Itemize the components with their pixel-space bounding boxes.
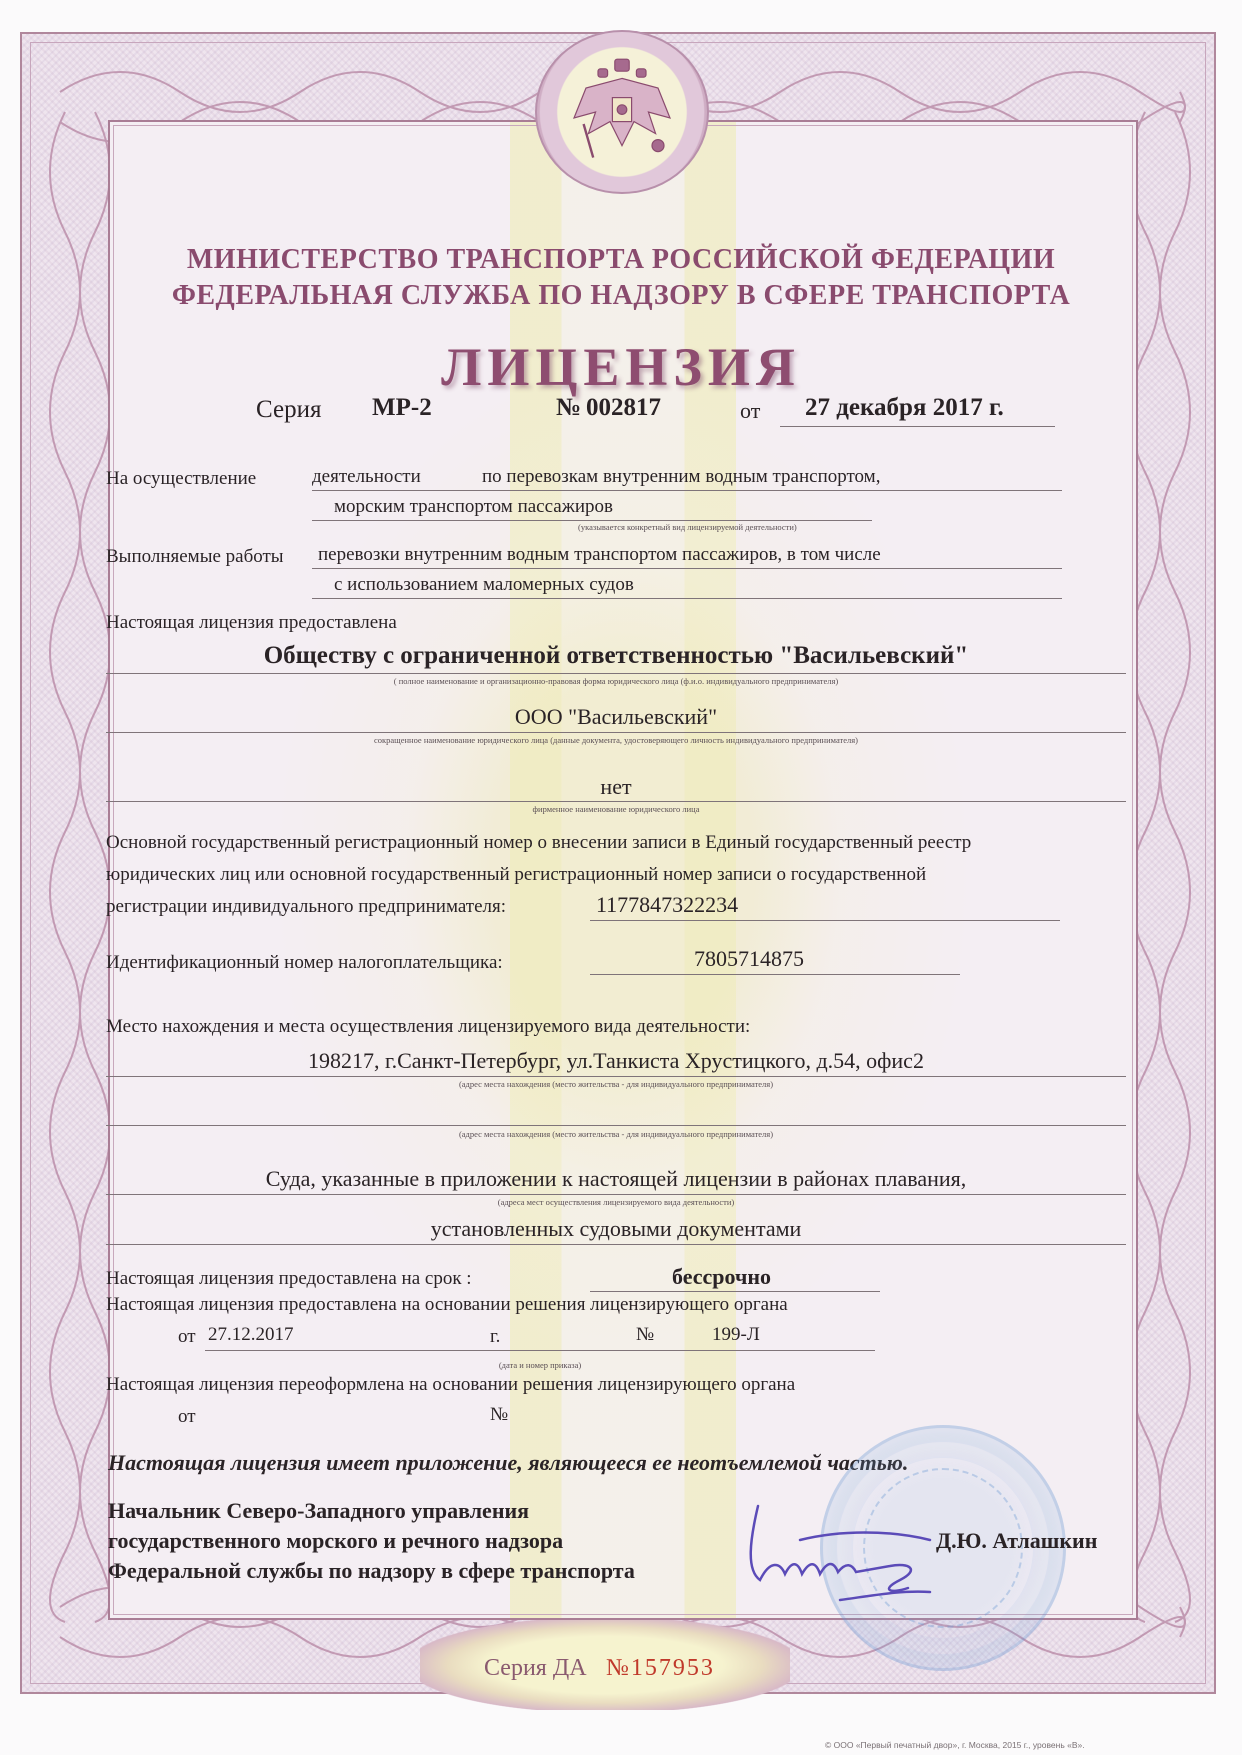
ogrn-text-line-1: Основной государственный регистрационный…: [106, 832, 971, 854]
activity-places-caption: (адреса мест осуществления лицензируемог…: [106, 1197, 1126, 1207]
decision-label: Настоящая лицензия предоставлена на осно…: [106, 1294, 788, 1316]
series-value: МР-2: [372, 394, 432, 422]
term-label: Настоящая лицензия предоставлена на срок…: [106, 1268, 472, 1290]
reissue-number-label: №: [490, 1404, 508, 1426]
short-name-caption: сокращенное наименование юридического ли…: [106, 735, 1126, 745]
company-full-name: Обществу с ограниченной ответственностью…: [106, 642, 1126, 670]
reissue-label: Настоящая лицензия переоформлена на осно…: [106, 1374, 795, 1396]
decision-year-suffix: г.: [490, 1326, 500, 1348]
activity-caption: (указывается конкретный вид лицензируемо…: [578, 522, 797, 532]
russian-coat-of-arms-icon: [535, 30, 709, 194]
decision-date: 27.12.2017: [208, 1324, 294, 1346]
brand-name: нет: [106, 774, 1126, 800]
number-label: №: [556, 394, 581, 422]
date-label: от: [740, 398, 760, 424]
decision-caption: (дата и номер приказа): [205, 1360, 875, 1370]
ogrn-value: 1177847322234: [596, 892, 738, 918]
printer-note: © ООО «Первый печатный двор», г. Москва,…: [825, 1740, 1085, 1750]
company-short-name: ООО "Васильевский": [106, 704, 1126, 730]
granted-label: Настоящая лицензия предоставлена: [106, 612, 397, 634]
full-name-caption: ( полное наименование и организационно-п…: [106, 676, 1126, 686]
activity-label-2: деятельности: [312, 466, 421, 488]
signatory-title-line-2: государственного морского и речного надз…: [108, 1528, 563, 1554]
inn-label: Идентификационный номер налогоплательщик…: [106, 952, 503, 974]
inn-value: 7805714875: [694, 946, 804, 972]
works-line-2: с использованием маломерных судов: [334, 574, 634, 596]
blank-series: Серия ДА: [484, 1655, 587, 1682]
address-caption-2: (адрес места нахождения (место жительств…: [106, 1129, 1126, 1139]
activity-line-1: по перевозкам внутренним водным транспор…: [482, 466, 880, 488]
address-value: 198217, г.Санкт-Петербург, ул.Танкиста Х…: [106, 1048, 1126, 1074]
brand-name-caption: фирменное наименование юридического лица: [106, 804, 1126, 814]
activity-places-line-1: Суда, указанные в приложении к настоящей…: [106, 1166, 1126, 1192]
series-label: Серия: [256, 396, 321, 424]
term-value: бессрочно: [672, 1264, 771, 1290]
works-line-1: перевозки внутренним водным транспортом …: [318, 544, 881, 566]
ministry-heading: МИНИСТЕРСТВО ТРАНСПОРТА РОССИЙСКОЙ ФЕДЕР…: [0, 244, 1242, 276]
signature-icon: [740, 1500, 940, 1610]
location-label: Место нахождения и места осуществления л…: [106, 1016, 750, 1038]
appendix-note: Настоящая лицензия имеет приложение, явл…: [108, 1450, 908, 1476]
service-heading: ФЕДЕРАЛЬНАЯ СЛУЖБА ПО НАДЗОРУ В СФЕРЕ ТР…: [0, 280, 1242, 312]
activity-places-line-2: установленных судовыми документами: [106, 1216, 1126, 1242]
decision-number: 199-Л: [712, 1324, 760, 1346]
license-number: 002817: [586, 394, 661, 422]
activity-label: На осуществление: [106, 468, 256, 490]
signatory-name: Д.Ю. Атлашкин: [936, 1528, 1097, 1554]
signatory-title-line-3: Федеральной службы по надзору в сфере тр…: [108, 1558, 635, 1584]
blank-serial-plate: [420, 1620, 790, 1710]
activity-line-2: морским транспортом пассажиров: [334, 496, 613, 518]
license-date: 27 декабря 2017 г.: [805, 394, 1004, 422]
blank-number: №157953: [606, 1655, 715, 1682]
ogrn-text-line-3: регистрации индивидуального предпринимат…: [106, 896, 506, 918]
decision-number-label: №: [636, 1324, 654, 1346]
reissue-from-label: от: [178, 1406, 196, 1428]
ogrn-text-line-2: юридических лиц или основной государстве…: [106, 864, 926, 886]
address-caption: (адрес места нахождения (место жительств…: [106, 1079, 1126, 1089]
signatory-title-line-1: Начальник Северо-Западного управления: [108, 1498, 529, 1524]
works-label: Выполняемые работы: [106, 546, 284, 568]
decision-from-label: от: [178, 1326, 196, 1348]
license-title: ЛИЦЕНЗИЯ: [0, 336, 1242, 398]
